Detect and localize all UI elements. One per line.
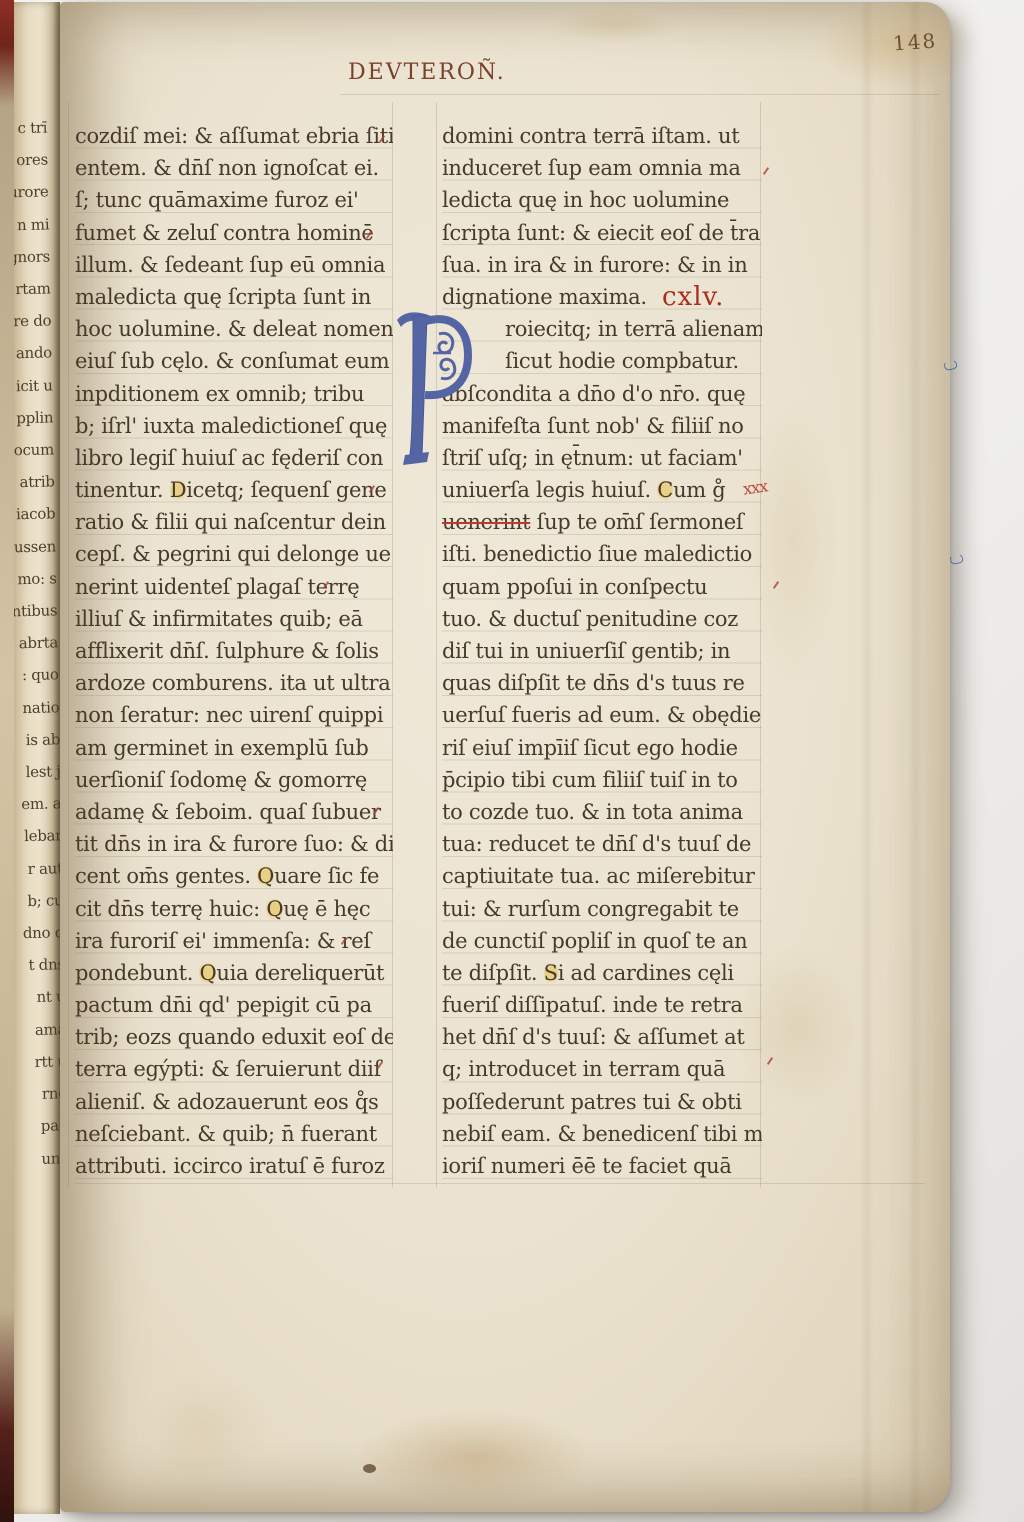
text-segment: attributi. iccirco iratuſ ē furoz xyxy=(75,1154,385,1178)
text-line: fumet & zeluſ contra hominē xyxy=(75,217,393,249)
text-segment: captiuitate tua. ac miſerebitur xyxy=(442,864,755,888)
text-segment: domini contra terrā iſtam. ut xyxy=(442,124,739,148)
text-segment-ycap: C xyxy=(657,478,673,502)
text-segment: afflixerit dn̄ſ. ſulphure & ſolis xyxy=(75,639,379,663)
red-tick-mark xyxy=(763,167,769,175)
text-line: de cunctiſ popliſ in quoſ te an xyxy=(442,925,762,957)
text-line: quas diſpſit te dn̄s d's tuus re xyxy=(442,667,762,699)
edge-text-fragment: pan xyxy=(14,1110,60,1143)
text-segment: roiecitq; in terrā alienam xyxy=(505,317,762,341)
text-line: het dn̄ſ d's tuuſ: & aſſumet at xyxy=(442,1021,762,1053)
edge-text-fragment: pplin xyxy=(14,401,54,434)
text-segment: illum. & ſedeant ſup eū omnia xyxy=(75,253,385,277)
text-line: uniuerſa legis huiuſ. Cum g̊ xyxy=(442,474,762,506)
text-line: p̄cipio tibi cum filiiſ tuiſ in to xyxy=(442,764,762,796)
text-line: ioriſ numeri ēē te faciet quā xyxy=(442,1150,762,1182)
initial-P-drawing xyxy=(393,308,473,470)
text-line: uerſuſ fueris ad eum. & obędie xyxy=(442,699,762,731)
text-segment: icetq; ſequenſ gene xyxy=(186,478,386,502)
text-segment: pondebunt. xyxy=(75,961,199,985)
text-line: fueriſ diſſipatuſ. inde te retra xyxy=(442,989,762,1021)
edge-text-fragment: rtam xyxy=(14,272,51,305)
text-line: abſcondita a dn̄o d'o nr̄o. quę xyxy=(442,378,762,410)
text-line: ratio & filii qui naſcentur dein xyxy=(75,506,393,538)
text-segment: diſ tui in uniuerſiſ gentib; in xyxy=(442,639,730,663)
text-line: tui: & rurſum congregabit te xyxy=(442,893,762,925)
text-segment: illiuſ & infirmitates quib; eā xyxy=(75,607,363,631)
edge-text-fragment: n mi xyxy=(14,208,50,241)
text-segment: iſti. benedictio ſiue maledictio xyxy=(442,542,752,566)
edge-text-fragment: ussen xyxy=(14,530,56,563)
text-segment: ſicut hodie compbatur. xyxy=(505,349,739,373)
text-segment: cit dn̄s terrę huic: xyxy=(75,897,266,921)
text-segment: tit dn̄s in ira & furore ſuo: & di xyxy=(75,832,393,856)
text-line: non ſeratur: nec uirenſ quippi xyxy=(75,699,393,731)
text-line: tinentur. Dicetq; ſequenſ gene xyxy=(75,474,393,506)
edge-text-fragment: rtt u xyxy=(14,1045,60,1078)
text-column-right: domini contra terrā iſtam. utinduceret ſ… xyxy=(442,120,762,1182)
folio-number: 148 xyxy=(892,28,938,55)
text-line: adamę & ſeboim. quaſ ſubuer xyxy=(75,796,393,828)
text-segment: induceret ſup eam omnia ma xyxy=(442,156,741,180)
text-segment: alieniſ. & adozauerunt eos q̊s xyxy=(75,1090,379,1114)
red-tick-mark xyxy=(773,581,779,589)
text-line: roiecitq; in terrā alienam xyxy=(442,313,762,345)
book-binding-edge xyxy=(0,0,14,1522)
text-line: nebiſ eam. & benedicenſ tibi ma xyxy=(442,1118,762,1150)
text-segment: q; introducet in terram quā xyxy=(442,1057,725,1081)
text-line: hoc uolumine. & deleat nomen xyxy=(75,313,393,345)
text-segment: quam ppoſui in conſpectu xyxy=(442,575,707,599)
text-segment: eiuſ ſub cęlo. & conſumat eum xyxy=(75,349,389,373)
text-segment: ſup te om̄ſ ſermoneſ xyxy=(530,510,743,534)
text-line: ſ; tunc quāmaxime furoz ei' xyxy=(75,184,393,216)
text-segment: nerint uidenteſ plagaſ terrę xyxy=(75,575,359,599)
text-line: illum. & ſedeant ſup eū omnia xyxy=(75,249,393,281)
text-line: trib; eozs quando eduxit eoſ de xyxy=(75,1021,393,1053)
text-segment: cent om̄s gentes. xyxy=(75,864,257,888)
text-segment: non ſeratur: nec uirenſ quippi xyxy=(75,703,383,727)
text-segment-ycap: D xyxy=(170,478,187,502)
text-line: alieniſ. & adozauerunt eos q̊s xyxy=(75,1086,393,1118)
text-segment: quas diſpſit te dn̄s d's tuus re xyxy=(442,671,745,695)
margin-pen-mark xyxy=(949,552,964,565)
text-line: tuo. & ductuſ penitudine coz xyxy=(442,603,762,635)
edge-text-fragment: r aut xyxy=(14,852,60,885)
previous-page-edge: c trīoresuroren mignorsrtamdere doandoic… xyxy=(14,2,60,1514)
text-segment: trib; eozs quando eduxit eoſ de xyxy=(75,1025,393,1049)
edge-text-fragment: atrib xyxy=(14,466,55,499)
text-line: cepſ. & pegrini qui delonge ue xyxy=(75,538,393,570)
ruling-line xyxy=(340,94,940,95)
text-segment: tinentur. xyxy=(75,478,170,502)
text-segment-ycap: S xyxy=(544,961,558,985)
text-line: pactum dn̄i qd' pepigit cū pa xyxy=(75,989,393,1021)
text-line: tit dn̄s in ira & furore ſuo: & di xyxy=(75,828,393,860)
text-line: manifeſta ſunt nob' & filiiſ no xyxy=(442,410,762,442)
text-line: maledicta quę ſcripta ſunt in xyxy=(75,281,393,313)
stain xyxy=(550,8,680,42)
edge-text-fragment: abrta xyxy=(14,627,58,660)
text-segment: hoc uolumine. & deleat nomen xyxy=(75,317,393,341)
text-line: riſ eiuſ impīiſ ſicut ego hodie xyxy=(442,732,762,764)
text-segment: ioriſ numeri ēē te faciet quā xyxy=(442,1154,732,1178)
stain xyxy=(355,1410,595,1505)
text-segment: pactum dn̄i qd' pepigit cū pa xyxy=(75,993,372,1017)
text-segment: neſciebant. & quib; n̄ fuerant xyxy=(75,1122,377,1146)
ruling-line xyxy=(436,102,437,1188)
text-line: illiuſ & infirmitates quib; eā xyxy=(75,603,393,635)
text-line: iſti. benedictio ſiue maledictio xyxy=(442,538,762,570)
text-line: ardoze comburens. ita ut ultra xyxy=(75,667,393,699)
text-segment: het dn̄ſ d's tuuſ: & aſſumet at xyxy=(442,1025,745,1049)
margin-chapter-number: xxx xyxy=(742,476,768,498)
edge-text-fragment: ores xyxy=(14,144,48,177)
text-line: terra egýpti: & ſeruierunt diiſ xyxy=(75,1053,393,1085)
text-segment: terra egýpti: & ſeruierunt diiſ xyxy=(75,1057,381,1081)
edge-text-fragment: lest j xyxy=(14,755,60,788)
stain xyxy=(138,1377,268,1482)
text-line: diſ tui in uniuerſiſ gentib; in xyxy=(442,635,762,667)
text-segment: adamę & ſeboim. quaſ ſubuer xyxy=(75,800,381,824)
text-line: tua: reducet te dn̄ſ d's tuuſ de xyxy=(442,828,762,860)
text-line: ledicta quę in hoc uolumine xyxy=(442,184,762,216)
text-segment: cepſ. & pegrini qui delonge ue xyxy=(75,542,391,566)
text-line: afflixerit dn̄ſ. ſulphure & ſolis xyxy=(75,635,393,667)
edge-text-fragment: ama xyxy=(14,1013,60,1046)
text-segment: abſcondita a dn̄o d'o nr̄o. quę xyxy=(442,382,745,406)
ruling-line xyxy=(68,102,69,1188)
text-segment-ycap: Q xyxy=(199,961,216,985)
edge-text-fragment: is ab xyxy=(14,723,60,756)
red-tick-mark xyxy=(767,1057,773,1065)
text-segment: uniuerſa legis huiuſ. xyxy=(442,478,657,502)
edge-text-fragment: ando xyxy=(14,337,52,370)
text-line: b; iſrl' iuxta maledictioneſ quę xyxy=(75,410,393,442)
text-segment: uerſioniſ ſodomę & gomorrę xyxy=(75,768,367,792)
edge-text-fragment: natio xyxy=(14,691,60,724)
text-line: poſſederunt patres tui & obti xyxy=(442,1086,762,1118)
text-line: cozdiſ mei: & aſſumat ebria ſiti xyxy=(75,120,393,152)
text-line: uerſioniſ ſodomę & gomorrę xyxy=(75,764,393,796)
edge-text-fragment: mo: s xyxy=(14,562,57,595)
page-crease xyxy=(860,2,874,1512)
edge-text-fragment: iacob xyxy=(14,498,56,531)
text-line: ſicut hodie compbatur. xyxy=(442,345,762,377)
text-line: te diſpſit. Si ad cardines cęli xyxy=(442,957,762,989)
edge-text-fragment: icit u xyxy=(14,369,53,402)
text-line: libro legiſ huiuſ ac fęderiſ con xyxy=(75,442,393,474)
text-segment: ſua. in ira & in furore: & in in xyxy=(442,253,747,277)
edge-text-fragment: gnors xyxy=(14,240,50,273)
text-segment: uerſuſ fueris ad eum. & obędie xyxy=(442,703,761,727)
text-line: induceret ſup eam omnia ma xyxy=(442,152,762,184)
margin-pen-mark xyxy=(943,358,958,371)
text-segment: manifeſta ſunt nob' & filiiſ no xyxy=(442,414,744,438)
ruling-line xyxy=(75,1183,925,1184)
text-segment: ſ; tunc quāmaxime furoz ei' xyxy=(75,188,358,212)
edge-text-fragment: c trī xyxy=(14,111,48,144)
text-segment: de cunctiſ popliſ in quoſ te an xyxy=(442,929,747,953)
text-line: q; introducet in terram quā xyxy=(442,1053,762,1085)
edge-text-fragment: em. a xyxy=(14,788,60,821)
text-segment-strike: uenerint xyxy=(442,510,530,534)
text-segment: i ad cardines cęli xyxy=(558,961,734,985)
edge-text-fragment: urore xyxy=(14,176,49,209)
text-segment: am germinet in exemplū ſub xyxy=(75,736,369,760)
text-line: captiuitate tua. ac miſerebitur xyxy=(442,860,762,892)
text-line: ſcripta ſunt: & eiecit eoſ de t̄ra xyxy=(442,217,762,249)
text-line: quam ppoſui in conſpectu xyxy=(442,571,762,603)
edge-text-fragment: ocum xyxy=(14,433,54,466)
text-segment: tuo. & ductuſ penitudine coz xyxy=(442,607,738,631)
ink-spot xyxy=(363,1464,376,1473)
edge-text-fragment: nt u xyxy=(14,981,60,1014)
text-line: ſua. in ira & in furore: & in in xyxy=(442,249,762,281)
text-segment: cozdiſ mei: & aſſumat ebria ſiti xyxy=(75,124,393,148)
text-line: cit dn̄s terrę huic: Quę ē hęc xyxy=(75,893,393,925)
text-segment: nebiſ eam. & benedicenſ tibi ma xyxy=(442,1122,762,1146)
text-segment: uare ſic fe xyxy=(274,864,379,888)
chapter-number-rubric: cxlv. xyxy=(662,282,724,312)
text-line: domini contra terrā iſtam. ut xyxy=(442,120,762,152)
text-line: pondebunt. Quia dereliquerūt xyxy=(75,957,393,989)
text-line: entem. & dn̄ſ non ignoſcat ei. xyxy=(75,152,393,184)
text-segment: ratio & filii qui naſcentur dein xyxy=(75,510,386,534)
text-line: neſciebant. & quib; n̄ fuerant xyxy=(75,1118,393,1150)
text-segment: uia dereliquerūt xyxy=(216,961,384,985)
edge-text-fragment: dno d xyxy=(14,916,60,949)
edge-text-fragment: una xyxy=(14,1142,60,1175)
text-segment: ardoze comburens. ita ut ultra xyxy=(75,671,390,695)
page-crease xyxy=(908,2,922,1512)
manuscript-page: DEVTEROÑ. 148 cozdiſ mei: & aſſumat ebri… xyxy=(60,2,950,1512)
photo-backdrop: c trīoresuroren mignorsrtamdere doandoic… xyxy=(0,0,1024,1522)
text-segment: p̄cipio tibi cum filiiſ tuiſ in to xyxy=(442,768,738,792)
text-segment: entem. & dn̄ſ non ignoſcat ei. xyxy=(75,156,379,180)
text-segment: uę ē hęc xyxy=(283,897,370,921)
text-segment: inpditionem ex omnib; tribu xyxy=(75,382,364,406)
text-segment: maledicta quę ſcripta ſunt in xyxy=(75,285,371,309)
text-segment: b; iſrl' iuxta maledictioneſ quę xyxy=(75,414,387,438)
edge-text-fragment: b; cu xyxy=(14,884,60,917)
text-line: ſtriſ uſq; in ęt̄num: ut faciam' xyxy=(442,442,762,474)
edge-text-fragment: ntibus xyxy=(14,594,58,627)
text-segment: ſtriſ uſq; in ęt̄num: ut faciam' xyxy=(442,446,743,470)
text-segment: ledicta quę in hoc uolumine xyxy=(442,188,729,212)
text-segment: fueriſ diſſipatuſ. inde te retra xyxy=(442,993,743,1017)
text-line: nerint uidenteſ plagaſ terrę xyxy=(75,571,393,603)
text-segment: te diſpſit. xyxy=(442,961,544,985)
text-line: inpditionem ex omnib; tribu xyxy=(75,378,393,410)
text-line: uenerint ſup te om̄ſ ſermoneſ xyxy=(442,506,762,538)
edge-text-fragment: dere do xyxy=(14,305,52,338)
text-line: attributi. iccirco iratuſ ē furoz xyxy=(75,1150,393,1182)
previous-page-text-fragments: c trīoresuroren mignorsrtamdere doandoic… xyxy=(14,111,60,1175)
text-segment: tua: reducet te dn̄ſ d's tuuſ de xyxy=(442,832,751,856)
text-column-left: cozdiſ mei: & aſſumat ebria ſitientem. &… xyxy=(75,120,393,1182)
edge-text-fragment: rnd xyxy=(14,1077,60,1110)
text-segment: ira furoriſ ei' immenſa: & reſ xyxy=(75,929,371,953)
text-segment-ycap: Q xyxy=(266,897,283,921)
text-segment: dignatione maxima. xyxy=(442,285,647,309)
text-line: am germinet in exemplū ſub xyxy=(75,732,393,764)
text-segment: tui: & rurſum congregabit te xyxy=(442,897,739,921)
edge-text-fragment: t dns xyxy=(14,949,60,982)
text-line: to cozde tuo. & in tota anima xyxy=(442,796,762,828)
text-segment: to cozde tuo. & in tota anima xyxy=(442,800,743,824)
text-line: eiuſ ſub cęlo. & conſumat eum xyxy=(75,345,393,377)
text-segment: fumet & zeluſ contra hominē xyxy=(75,221,374,245)
text-segment: ſcripta ſunt: & eiecit eoſ de t̄ra xyxy=(442,221,760,245)
edge-text-fragment: : quo xyxy=(14,659,59,692)
decorated-initial-P xyxy=(393,308,473,470)
running-title: DEVTEROÑ. xyxy=(348,60,506,85)
text-segment: poſſederunt patres tui & obti xyxy=(442,1090,742,1114)
text-segment-ycap: Q xyxy=(257,864,274,888)
text-segment: um g̊ xyxy=(673,478,725,502)
text-line: cent om̄s gentes. Quare ſic fe xyxy=(75,860,393,892)
text-segment: libro legiſ huiuſ ac fęderiſ con xyxy=(75,446,383,470)
text-segment: riſ eiuſ impīiſ ſicut ego hodie xyxy=(442,736,738,760)
edge-text-fragment: lebar xyxy=(14,820,60,853)
